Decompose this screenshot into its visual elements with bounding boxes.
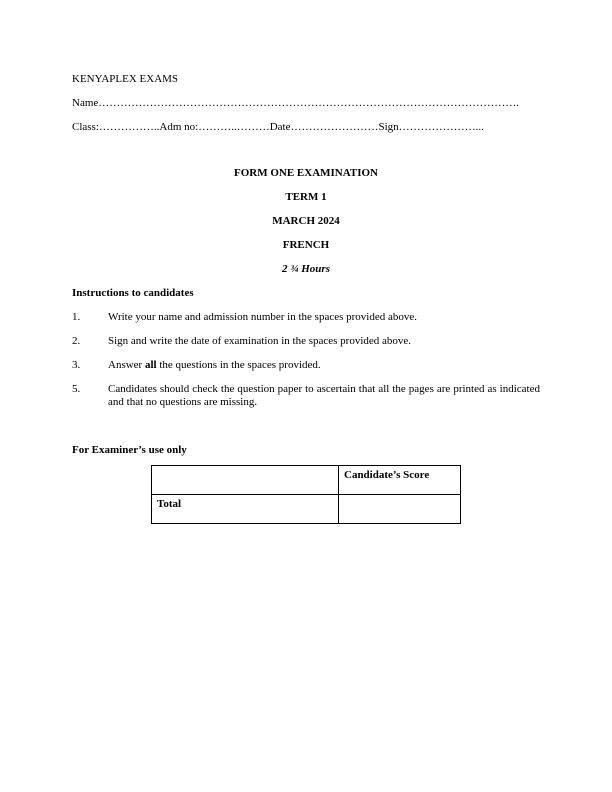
name-field-line[interactable]: Name………………………………………………………………………………………………… [72,97,519,110]
instruction-text-part: Answer [108,359,145,371]
instruction-text-part: the questions in the spaces provided. [157,359,321,371]
exam-duration: 2 ¾ Hours [0,263,612,276]
instruction-text: Write your name and admission number in … [108,311,417,324]
exam-date: MARCH 2024 [0,215,612,228]
exam-term: TERM 1 [0,191,612,204]
instructions-heading: Instructions to candidates [72,287,194,300]
table-header-row: Candidate’s Score [152,466,461,495]
class-adm-date-sign-line[interactable]: Class:……………..Adm no:………..………Date……………………… [72,121,484,134]
total-label-cell: Total [152,495,339,524]
instruction-emphasis: all [145,359,157,371]
total-score-cell[interactable] [339,495,461,524]
instruction-text: Sign and write the date of examination i… [108,335,411,348]
candidates-score-header: Candidate’s Score [339,466,461,495]
organization-name: KENYAPLEX EXAMS [72,73,178,86]
table-header-cell [152,466,339,495]
instruction-number: 5. [72,383,80,396]
instruction-text: Answer all the questions in the spaces p… [108,359,321,372]
instruction-number: 1. [72,311,80,324]
instruction-text: Candidates should check the question pap… [108,383,540,409]
exam-subject: FRENCH [0,239,612,252]
examiner-heading: For Examiner’s use only [72,444,187,457]
score-table: Candidate’s Score Total [151,465,461,524]
instruction-number: 3. [72,359,80,372]
instruction-number: 2. [72,335,80,348]
exam-title: FORM ONE EXAMINATION [0,167,612,180]
table-row: Total [152,495,461,524]
